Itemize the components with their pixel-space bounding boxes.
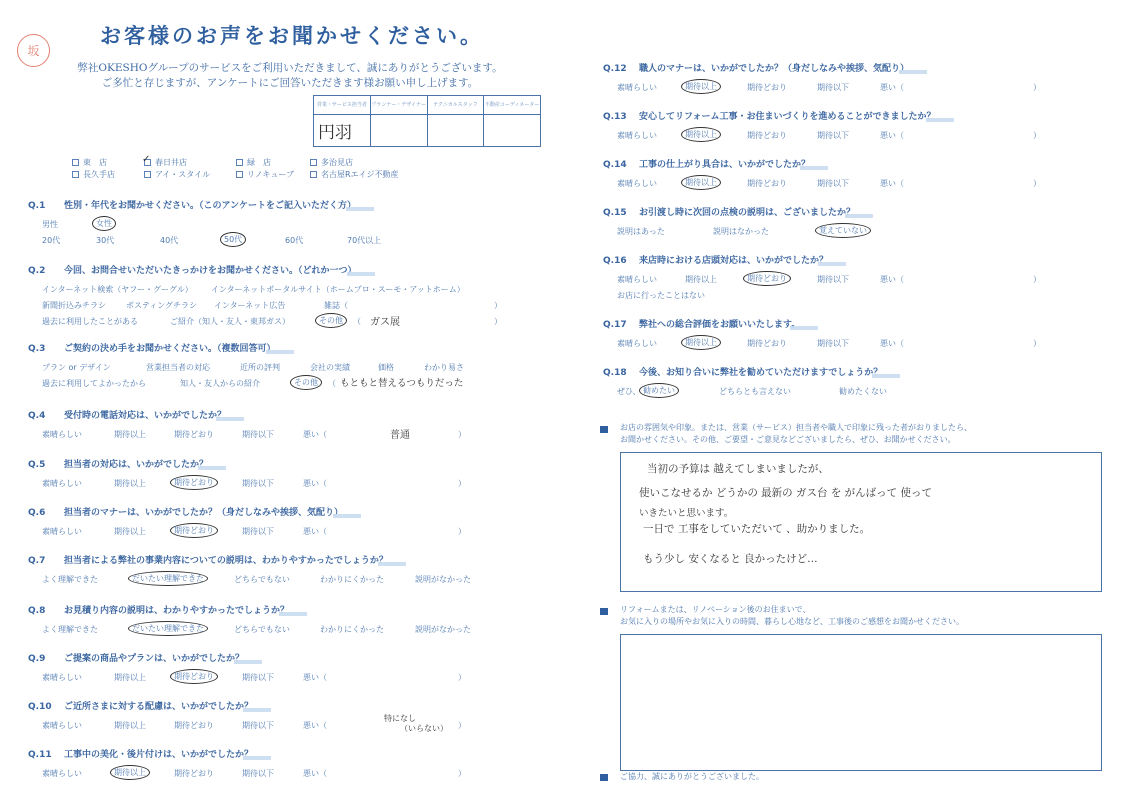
question-2: Q.2今回、お問合せいただいたきっかけをお聞かせください。（どれか一つ） インタ… (28, 258, 548, 329)
option-mostly-understood-selected[interactable]: だいたい理解できた (128, 621, 208, 636)
option-above-expectation-selected[interactable]: 期待以上 (681, 335, 721, 350)
question-title: Q.4受付時の電話対応は、いかがでしたか？ (28, 408, 226, 421)
question-title: Q.10ご近所さまに対する配慮は、いかがでしたか？ (28, 699, 253, 712)
handwritten-note-line-2[interactable]: （いらない） (400, 723, 448, 734)
option-40s[interactable]: 40代 (160, 235, 178, 246)
handwritten-note[interactable]: 普通 (390, 426, 410, 441)
paren-open: （ (328, 378, 336, 389)
option-row: 新聞折込みチラシ ポスティングチラシ インターネット広告 雑誌（ ） (28, 297, 548, 313)
question-title: Q.17弊社への総合評価をお願いいたします。 (603, 317, 800, 330)
option-bad[interactable]: 悪い（ (303, 768, 327, 779)
option-as-expected[interactable]: 期待どおり (747, 338, 787, 349)
paren-close: ） (1033, 130, 1041, 141)
option-row: 過去に利用したことがある ご紹介（知人・友人・東邦ガス） その他 （ ガス展 ） (28, 313, 548, 329)
comment-line-1: 当初の予算は 越えてしまいましたが、 (647, 461, 829, 476)
store-checkboxes: 東 店 春日井店 緑 店 多治見店 長久手店 アイ・スタイル リノキューブ 名古… (72, 156, 399, 180)
option-below-expectation[interactable]: 期待以下 (817, 130, 849, 141)
option-as-expected[interactable]: 期待どおり (747, 130, 787, 141)
question-title: Q.14工事の仕上がり具合は、いかがでしたか？ (603, 157, 810, 170)
option-bad[interactable]: 悪い（ (303, 672, 327, 683)
option-60s[interactable]: 60代 (285, 235, 303, 246)
option-bad[interactable]: 悪い（ (880, 130, 904, 141)
option-bad[interactable]: 悪い（ (880, 274, 904, 285)
option-below-expectation[interactable]: 期待以下 (817, 178, 849, 189)
checkbox-checked-icon[interactable] (144, 159, 151, 166)
option-internet-search[interactable]: インターネット検索（ヤフー・グーグル） (42, 284, 193, 295)
option-clarity[interactable]: わかり易さ (424, 362, 464, 373)
handwritten-other-note[interactable]: ガス展 (370, 313, 400, 328)
option-above-expectation-selected[interactable]: 期待以上 (681, 175, 721, 190)
paren-close: ） (494, 300, 502, 311)
question-16: Q.16来店時における店頭対応は、いかがでしたか？ 素晴らしい 期待以上 期待ど… (603, 248, 1063, 303)
option-excellent[interactable]: 素晴らしい (42, 429, 82, 440)
option-neutral[interactable]: どちらでもない (234, 624, 290, 635)
option-row: 説明はあった 説明はなかった 覚えていない (603, 223, 1063, 239)
option-as-expected-selected[interactable]: 期待どおり (743, 271, 791, 286)
paren-close: ） (1033, 82, 1041, 93)
option-other-selected[interactable]: その他 (315, 313, 347, 328)
question-title: Q.7担当者による弊社の事業内容についての説明は、わかりやすかったでしょうか？ (28, 553, 388, 566)
hanko-stamp: 坂 (17, 34, 50, 67)
option-below-expectation[interactable]: 期待以下 (242, 429, 274, 440)
option-used-before[interactable]: 過去に利用してよかったから (42, 378, 146, 389)
option-row: お店に行ったことはない (603, 287, 1063, 303)
question-3: Q.3ご契約の決め手をお聞かせください。（複数回答可） プラン or デザイン … (28, 336, 548, 391)
impressions-prompt-line-1: リフォームまたは、リノベーション後のお住まいで、 (620, 604, 964, 616)
option-row: 過去に利用してよかったから 知人・友人からの紹介 その他 （ もともと替えるつも… (28, 375, 548, 391)
option-below-expectation[interactable]: 期待以下 (817, 274, 849, 285)
question-title: Q.3ご契約の決め手をお聞かせください。（複数回答可） (28, 341, 276, 354)
comments-prompt: お店の雰囲気や印象。または、営業（サービス）担当者や職人で印象に残った者がおりま… (620, 422, 972, 446)
comment-line-5: もう少し 安くなると 良かったけど… (643, 551, 818, 566)
option-no-explanation[interactable]: 説明がなかった (415, 574, 471, 585)
option-track-record[interactable]: 会社の実績 (310, 362, 350, 373)
checkbox-icon[interactable] (310, 171, 317, 178)
question-5: Q.5担当者の対応は、いかがでしたか？ 素晴らしい 期待以上 期待どおり 期待以… (28, 452, 548, 491)
paren-close: ） (1033, 178, 1041, 189)
age-options: 20代 30代 40代 50代 60代 70代以上 (28, 232, 548, 248)
option-above-expectation[interactable]: 期待以上 (685, 274, 717, 285)
option-posting-flyer[interactable]: ポスティングチラシ (126, 300, 197, 311)
question-1: Q.1性別・年代をお聞かせください。（このアンケートをご記入いただく方） 男性 … (28, 193, 548, 248)
impressions-prompt: リフォームまたは、リノベーション後のお住まいで、 お気に入りの場所やお気に入りの… (620, 604, 964, 628)
option-bad[interactable]: 悪い（ (303, 478, 327, 489)
option-never-visited-store[interactable]: お店に行ったことはない (617, 290, 705, 301)
staff-field-technical[interactable] (427, 115, 484, 147)
option-plan-design[interactable]: プラン or デザイン (42, 362, 111, 373)
option-understood-well[interactable]: よく理解できた (42, 574, 98, 585)
option-above-expectation[interactable]: 期待以上 (114, 478, 146, 489)
option-below-expectation[interactable]: 期待以下 (817, 82, 849, 93)
option-row: よく理解できた だいたい理解できた どちらでもない わかりにくかった 説明がなか… (28, 571, 548, 587)
intro-line-2: ご多忙と存じますが、アンケートにご回答いただきます様お願い申し上げます。 (50, 75, 530, 90)
option-as-expected[interactable]: 期待どおり (174, 429, 214, 440)
option-excellent[interactable]: 素晴らしい (42, 768, 82, 779)
impressions-box[interactable] (620, 634, 1102, 771)
option-magazine[interactable]: 雑誌（ (324, 300, 348, 311)
paren-close: ） (1033, 274, 1041, 285)
section-bullet-icon (600, 608, 608, 615)
option-bad[interactable]: 悪い（ (880, 178, 904, 189)
question-title: Q.8お見積り内容の説明は、わかりやすかったでしょうか？ (28, 603, 289, 616)
option-as-expected[interactable]: 期待どおり (747, 178, 787, 189)
option-bad[interactable]: 悪い（ (880, 82, 904, 93)
store-label: 東 店 (83, 157, 107, 168)
question-title: Q.13安心してリフォーム工事・お住まいづくりを進めることができましたか？ (603, 109, 936, 122)
staff-field-planner[interactable] (370, 115, 427, 147)
option-mostly-understood-selected[interactable]: だいたい理解できた (128, 571, 208, 586)
option-excellent[interactable]: 素晴らしい (617, 338, 657, 349)
question-11: Q.11工事中の美化・後片付けは、いかがでしたか？ 素晴らしい 期待以上 期待ど… (28, 742, 548, 781)
option-bad[interactable]: 悪い（ (303, 720, 327, 731)
footer-thanks: ご協力、誠にありがとうございました。 (620, 771, 764, 783)
question-title: Q.1性別・年代をお聞かせください。（このアンケートをご記入いただく方） (28, 198, 356, 211)
staff-field-realestate[interactable] (484, 115, 541, 147)
option-understood-well[interactable]: よく理解できた (42, 624, 98, 635)
option-above-expectation[interactable]: 期待以上 (114, 429, 146, 440)
option-row: 素晴らしい 期待以上 期待どおり 期待以下 悪い（ ） (603, 335, 1063, 351)
option-row: 素晴らしい 期待以上 期待どおり 期待以下 悪い（ 普通 ） (28, 426, 548, 442)
page-title: お客様のお声をお聞かせください。 (100, 20, 484, 50)
option-neutral[interactable]: どちらでもない (234, 574, 290, 585)
checkbox-icon[interactable] (72, 171, 79, 178)
paren-close: ） (458, 720, 466, 731)
paren-open: （ (353, 316, 361, 327)
handwritten-other-note[interactable]: もともと替えるつもりだった (340, 375, 463, 389)
option-excellent[interactable]: 素晴らしい (42, 478, 82, 489)
option-row: インターネット検索（ヤフー・グーグル） インターネットポータルサイト（ホームプロ… (28, 281, 548, 297)
question-4: Q.4受付時の電話対応は、いかがでしたか？ 素晴らしい 期待以上 期待どおり 期… (28, 403, 548, 442)
store-label: 緑 店 (247, 157, 271, 168)
comments-prompt-line-1: お店の雰囲気や印象。または、営業（サービス）担当者や職人で印象に残った者がおりま… (620, 422, 972, 434)
option-row: 素晴らしい 期待以上 期待どおり 期待以下 悪い（ ） (28, 669, 548, 685)
option-row: ぜひ、 勧めたい どちらとも言えない 勧めたくない (603, 383, 1063, 399)
option-row: 素晴らしい 期待以上 期待どおり 期待以下 悪い（ ） (28, 475, 548, 491)
option-price[interactable]: 価格 (378, 362, 394, 373)
staff-header-realestate: 不動産コーディネーター (484, 96, 541, 115)
option-above-expectation[interactable]: 期待以上 (114, 672, 146, 683)
option-as-expected-selected[interactable]: 期待どおり (170, 669, 218, 684)
option-above-expectation-selected[interactable]: 期待以上 (681, 127, 721, 142)
checkbox-icon[interactable] (236, 159, 243, 166)
question-title: Q.9ご提案の商品やプランは、いかがでしたか？ (28, 651, 244, 664)
comment-line-3: いきたいと思います。 (639, 505, 733, 519)
option-hard-to-understand[interactable]: わかりにくかった (320, 574, 384, 585)
option-as-expected-selected[interactable]: 期待どおり (170, 475, 218, 490)
option-as-expected[interactable]: 期待どおり (174, 720, 214, 731)
store-i-style[interactable]: アイ・スタイル (144, 169, 236, 180)
option-definitely-prefix: ぜひ、 (617, 386, 641, 397)
option-below-expectation[interactable]: 期待以下 (242, 720, 274, 731)
store-label: リノキューブ (247, 169, 294, 180)
option-excellent[interactable]: 素晴らしい (42, 720, 82, 731)
option-reputation[interactable]: 近所の評判 (240, 362, 280, 373)
option-recommend-selected[interactable]: 勧めたい (639, 383, 679, 398)
paren-close: ） (1033, 338, 1041, 349)
question-18: Q.18今後、お知り合いに弊社を勧めていただけますでしょうか？ ぜひ、 勧めたい… (603, 360, 1063, 399)
store-nagakute[interactable]: 長久手店 (72, 169, 144, 180)
staff-table: 営業・サービス担当者 プランナー・デザイナー テクニカルスタッフ 不動産コーディ… (313, 95, 541, 147)
option-sales-response[interactable]: 営業担当者の対応 (146, 362, 210, 373)
option-excellent[interactable]: 素晴らしい (617, 178, 657, 189)
question-title: Q.6担当者のマナーは、いかがでしたか？（身だしなみや挨拶、気配り） (28, 505, 343, 518)
option-row: 素晴らしい 期待以上 期待どおり 期待以下 悪い（ 特になし （いらない） ） (28, 717, 548, 733)
question-14: Q.14工事の仕上がり具合は、いかがでしたか？ 素晴らしい 期待以上 期待どおり… (603, 152, 1063, 191)
paren-close: ） (458, 672, 466, 683)
paren-close: ） (458, 768, 466, 779)
option-not-recommend[interactable]: 勧めたくない (839, 386, 887, 397)
paren-close: ） (458, 526, 466, 537)
question-title: Q.16来店時における店頭対応は、いかがでしたか？ (603, 253, 828, 266)
question-title: Q.15お引渡し時に次回の点検の説明は、ございましたか？ (603, 205, 855, 218)
option-excellent[interactable]: 素晴らしい (617, 274, 657, 285)
option-friend-referral[interactable]: 知人・友人からの紹介 (180, 378, 260, 389)
question-9: Q.9ご提案の商品やプランは、いかがでしたか？ 素晴らしい 期待以上 期待どおり… (28, 646, 548, 685)
option-internet-ad[interactable]: インターネット広告 (214, 300, 285, 311)
option-as-expected[interactable]: 期待どおり (174, 768, 214, 779)
option-below-expectation[interactable]: 期待以下 (242, 526, 274, 537)
store-label: 春日井店 (155, 157, 187, 168)
option-hard-to-understand[interactable]: わかりにくかった (320, 624, 384, 635)
question-title: Q.5担当者の対応は、いかがでしたか？ (28, 457, 208, 470)
option-not-explained[interactable]: 説明はなかった (713, 226, 769, 237)
option-above-expectation-selected[interactable]: 期待以上 (110, 765, 150, 780)
comment-line-4: 一日で 工事をしていただいて 、助かりました。 (643, 521, 870, 536)
question-13: Q.13安心してリフォーム工事・お住まいづくりを進めることができましたか？ 素晴… (603, 104, 1063, 143)
option-row: 素晴らしい 期待以上 期待どおり 期待以下 悪い（ ） (603, 175, 1063, 191)
option-20s[interactable]: 20代 (42, 235, 60, 246)
option-50s-selected[interactable]: 50代 (220, 232, 246, 247)
gender-options: 男性 女性 (28, 216, 548, 232)
store-renocube[interactable]: リノキューブ (236, 169, 310, 180)
comments-box[interactable]: 当初の予算は 越えてしまいましたが、 使いこなせるか どうかの 最新の ガス台 … (620, 452, 1102, 592)
option-female-selected[interactable]: 女性 (92, 216, 116, 231)
option-below-expectation[interactable]: 期待以下 (242, 478, 274, 489)
option-above-expectation[interactable]: 期待以上 (114, 720, 146, 731)
store-higashi[interactable]: 東 店 (72, 157, 144, 168)
option-used-before[interactable]: 過去に利用したことがある (42, 316, 138, 327)
question-8: Q.8お見積り内容の説明は、わかりやすかったでしょうか？ よく理解できた だいた… (28, 598, 548, 637)
question-15: Q.15お引渡し時に次回の点検の説明は、ございましたか？ 説明はあった 説明はな… (603, 200, 1063, 239)
option-above-expectation-selected[interactable]: 期待以上 (681, 79, 721, 94)
comment-line-2: 使いこなせるか どうかの 最新の ガス台 を がんばって 使って (639, 485, 932, 500)
option-row: 素晴らしい 期待以上 期待どおり 期待以下 悪い（ ） (603, 79, 1063, 95)
checkbox-icon[interactable] (144, 171, 151, 178)
option-row: よく理解できた だいたい理解できた どちらでもない わかりにくかった 説明がなか… (28, 621, 548, 637)
option-bad[interactable]: 悪い（ (303, 526, 327, 537)
option-cant-say[interactable]: どちらとも言えない (719, 386, 791, 397)
store-nagoya-r-age[interactable]: 名古屋Rエイジ不動産 (310, 169, 399, 180)
option-other-selected[interactable]: その他 (290, 375, 322, 390)
option-30s[interactable]: 30代 (96, 235, 114, 246)
store-label: アイ・スタイル (155, 169, 210, 180)
checkbox-icon[interactable] (310, 159, 317, 166)
option-as-expected[interactable]: 期待どおり (747, 82, 787, 93)
store-kasugai[interactable]: 春日井店 (144, 157, 236, 168)
question-10: Q.10ご近所さまに対する配慮は、いかがでしたか？ 素晴らしい 期待以上 期待ど… (28, 694, 548, 733)
store-label: 名古屋Rエイジ不動産 (321, 169, 399, 180)
option-portal-site[interactable]: インターネットポータルサイト（ホームプロ・スーモ・アットホーム） (211, 284, 465, 295)
option-dont-remember-selected[interactable]: 覚えていない (815, 223, 871, 238)
impressions-prompt-line-2: お気に入りの場所やお気に入りの時間、暮らし心地など、工事後のご感想をお聞かせくだ… (620, 616, 964, 628)
question-6: Q.6担当者のマナーは、いかがでしたか？（身だしなみや挨拶、気配り） 素晴らしい… (28, 500, 548, 539)
staff-header-technical: テクニカルスタッフ (427, 96, 484, 115)
paren-close: ） (458, 429, 466, 440)
question-title: Q.11工事中の美化・後片付けは、いかがでしたか？ (28, 747, 253, 760)
intro-line-1: 弊社OKESHOグループのサービスをご利用いただきまして、誠にありがとうございま… (50, 60, 530, 75)
staff-header-planner: プランナー・デザイナー (370, 96, 427, 115)
option-referral[interactable]: ご紹介（知人・友人・東邦ガス） (170, 316, 290, 327)
option-newspaper-flyer[interactable]: 新聞折込みチラシ (42, 300, 106, 311)
option-row: 素晴らしい 期待以上 期待どおり 期待以下 悪い（ ） (603, 127, 1063, 143)
option-below-expectation[interactable]: 期待以下 (242, 672, 274, 683)
question-title: Q.12職人のマナーは、いかがでしたか？（身だしなみや挨拶、気配り） (603, 61, 909, 74)
question-17: Q.17弊社への総合評価をお願いいたします。 素晴らしい 期待以上 期待どおり … (603, 312, 1063, 351)
option-bad[interactable]: 悪い（ (303, 429, 327, 440)
option-excellent[interactable]: 素晴らしい (617, 82, 657, 93)
checkbox-icon[interactable] (236, 171, 243, 178)
staff-header-sales: 営業・サービス担当者 (314, 96, 371, 115)
option-below-expectation[interactable]: 期待以下 (817, 338, 849, 349)
option-70s-plus[interactable]: 70代以上 (347, 235, 381, 246)
paren-close: ） (494, 316, 502, 327)
store-midori[interactable]: 緑 店 (236, 157, 310, 168)
option-excellent[interactable]: 素晴らしい (42, 526, 82, 537)
option-male[interactable]: 男性 (42, 219, 58, 230)
option-row: 素晴らしい 期待以上 期待どおり 期待以下 悪い（ ） (28, 523, 548, 539)
question-12: Q.12職人のマナーは、いかがでしたか？（身だしなみや挨拶、気配り） 素晴らしい… (603, 56, 1063, 95)
option-as-expected-selected[interactable]: 期待どおり (170, 523, 218, 538)
option-excellent[interactable]: 素晴らしい (42, 672, 82, 683)
staff-field-sales[interactable]: 円羽 (314, 115, 371, 147)
question-7: Q.7担当者による弊社の事業内容についての説明は、わかりやすかったでしょうか？ … (28, 548, 548, 587)
store-label: 多治見店 (321, 157, 353, 168)
option-above-expectation[interactable]: 期待以上 (114, 526, 146, 537)
option-explained[interactable]: 説明はあった (617, 226, 665, 237)
option-row: 素晴らしい 期待以上 期待どおり 期待以下 悪い（ ） (28, 765, 548, 781)
question-title: Q.2今回、お問合せいただいたきっかけをお聞かせください。（どれか一つ） (28, 263, 357, 276)
option-below-expectation[interactable]: 期待以下 (242, 768, 274, 779)
option-excellent[interactable]: 素晴らしい (617, 130, 657, 141)
store-tajimi[interactable]: 多治見店 (310, 157, 353, 168)
store-label: 長久手店 (83, 169, 115, 180)
section-bullet-icon (600, 426, 608, 433)
option-no-explanation[interactable]: 説明がなかった (415, 624, 471, 635)
question-title: Q.18今後、お知り合いに弊社を勧めていただけますでしょうか？ (603, 365, 882, 378)
section-bullet-icon (600, 774, 608, 781)
checkbox-icon[interactable] (72, 159, 79, 166)
comments-prompt-line-2: お聞かせください。その他、ご要望・ご意見などございましたら、ぜひ、お聞かせくださ… (620, 434, 972, 446)
paren-close: ） (458, 478, 466, 489)
option-row: プラン or デザイン 営業担当者の対応 近所の評判 会社の実績 価格 わかり易… (28, 359, 548, 375)
option-bad[interactable]: 悪い（ (880, 338, 904, 349)
option-row: 素晴らしい 期待以上 期待どおり 期待以下 悪い（ ） (603, 271, 1063, 287)
